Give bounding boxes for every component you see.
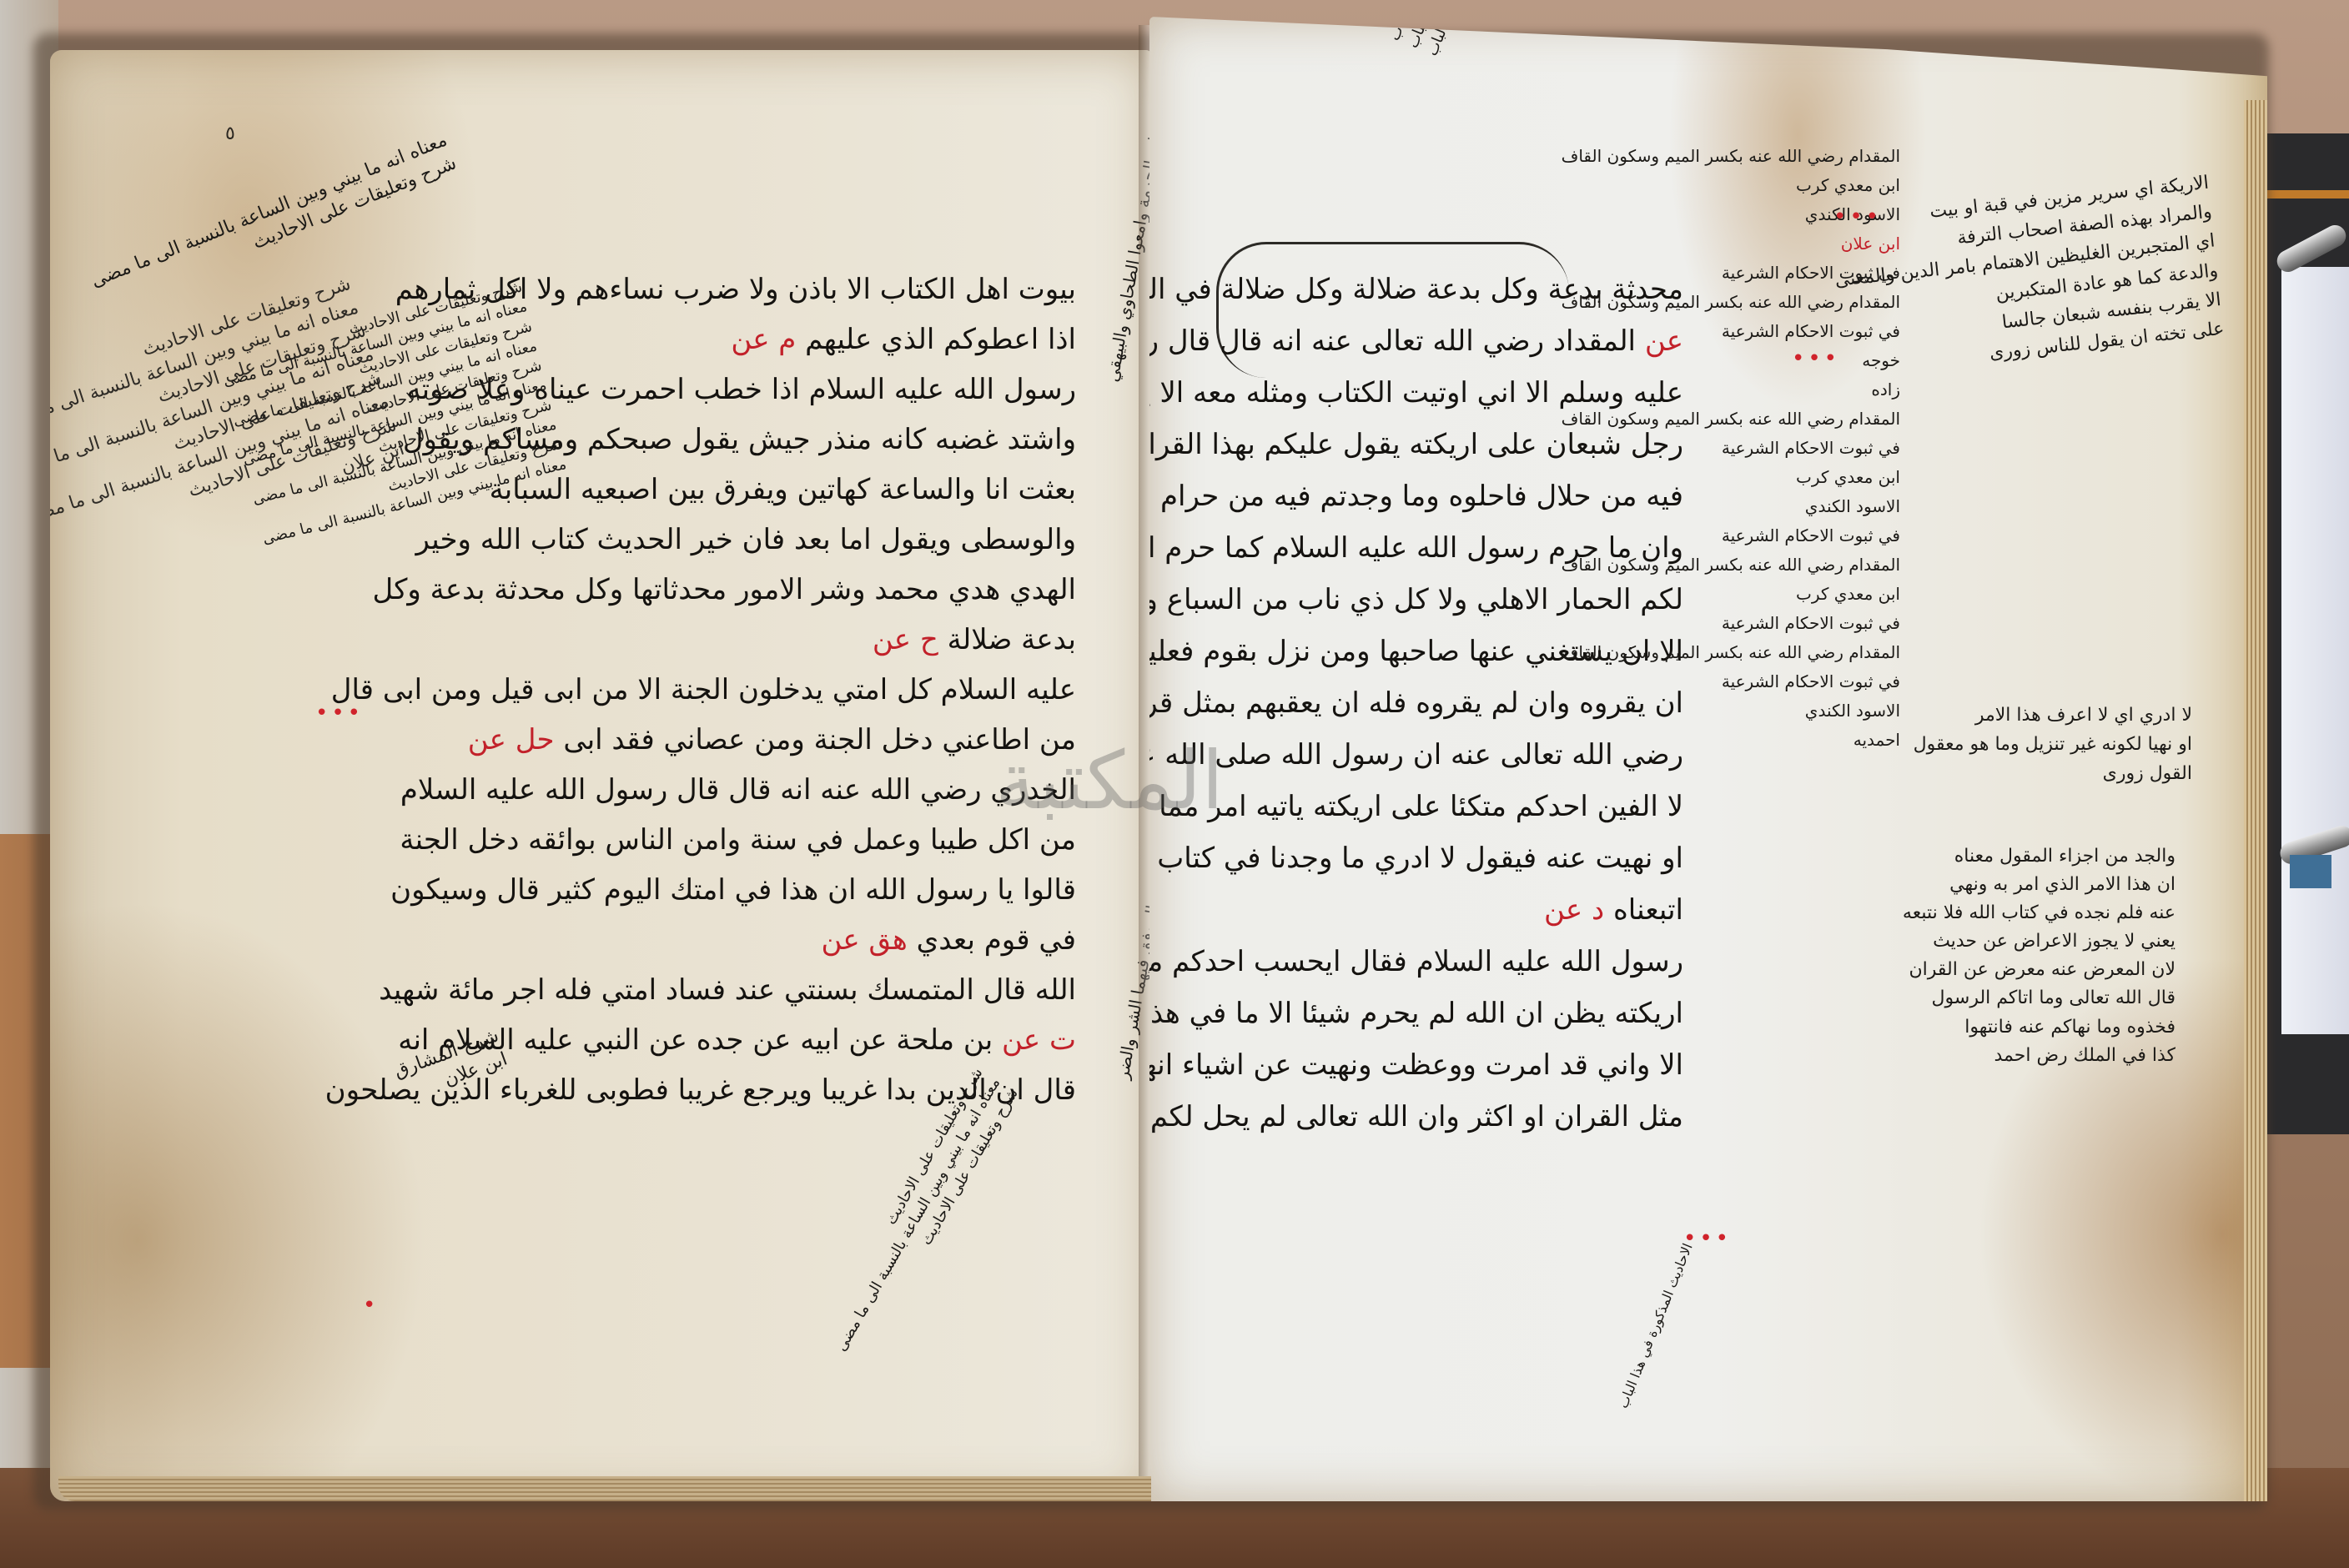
main-text-line: ان يقروه وان لم يقروه فله ان يعقبهم بمثل… — [1216, 689, 1683, 717]
red-dots-marker: ••• — [315, 701, 364, 726]
main-text-line: مثل القران او اكثر وان الله تعالى لم يحل… — [1216, 1103, 1683, 1131]
folio-mark: ٥ — [225, 123, 235, 144]
page-edges-bottom — [58, 1476, 1151, 1501]
main-text-line: بيوت اهل الكتاب الا باذن ولا ضرب نساءهم … — [634, 275, 1076, 304]
main-text-line: رسول الله عليه السلام فقال ايحسب احدكم م… — [1216, 947, 1683, 976]
rubric-marker: هق عن — [822, 923, 908, 957]
library-watermark: المكتبة — [901, 734, 1318, 842]
main-text-line: بعثت انا والساعة كهاتين ويفرق بين اصبعيه… — [634, 475, 1076, 504]
main-text-line: قالوا يا رسول الله ان هذا في امتك اليوم … — [634, 876, 1076, 904]
main-text-line: فيه من حلال فاحلوه وما وجدتم فيه من حرام… — [1216, 482, 1683, 510]
binder-label-stripe — [2256, 190, 2349, 199]
page-edges-right — [2244, 100, 2267, 1501]
main-text-line: الا واني قد امرت ووعظت ونهيت عن اشياء ان… — [1216, 1051, 1683, 1079]
binder-paper-stack — [2281, 267, 2349, 1034]
binder-tab — [2290, 855, 2331, 888]
main-text-line: او نهيت عنه فيقول لا ادري ما وجدنا في كت… — [1216, 844, 1683, 872]
main-text-line: عليه وسلم الا اني اوتيت الكتاب ومثله معه… — [1216, 379, 1683, 407]
main-text-line: في قوم بعدي هق عن — [634, 926, 1076, 954]
rubric-marker: ت عن — [1002, 1023, 1076, 1057]
main-text-block-right: محدثة بدعة وكل بدعة ضلالة وكل ضلالة في ا… — [1216, 275, 1683, 1131]
main-text-line: الله قال المتمسك بسنتي عند فساد امتي فله… — [634, 976, 1076, 1004]
main-text-line: الهدي هدي محمد وشر الامور محدثاتها وكل م… — [634, 575, 1076, 604]
main-text-line: بدعة ضلالة ح عن — [634, 626, 1076, 654]
main-text-line: اتبعناه د عن — [1216, 896, 1683, 924]
red-dots-marker: ••• — [1792, 346, 1840, 371]
main-text-line: رجل شبعان على اريكته يقول عليكم بهذا الق… — [1216, 430, 1683, 459]
main-text-line: اريكته يظن ان الله لم يحرم شيئا الا ما ف… — [1216, 999, 1683, 1028]
rubric-marker: عن — [1645, 324, 1683, 358]
outer-margin-note-bottom: والجد من اجزاء المقول معناه ان هذا الامر… — [1900, 842, 2175, 1070]
main-text-line: عليه السلام كل امتي يدخلون الجنة الا من … — [634, 676, 1076, 704]
rubric-marker: د عن — [1544, 893, 1604, 927]
margin-gloss-left-column: معناه انه ما بيني وبين الساعة بالنسبة ال… — [240, 128, 460, 254]
red-dots-marker: • — [363, 1293, 379, 1318]
main-text-line: والوسطى ويقول اما بعد فان خير الحديث كتا… — [634, 525, 1076, 554]
rubric-marker: م عن — [731, 323, 796, 356]
main-text-line: واشتد غضبه كانه منذر جيش يقول صبحكم ومسا… — [634, 425, 1076, 454]
main-text-line: اذا اعطوكم الذي عليهم م عن — [634, 325, 1076, 354]
main-text-line: عن المقداد رضي الله تعالى عنه انه قال قا… — [1216, 327, 1683, 355]
margin-gloss-bottom-tail: الاحاديث المذكورة في هذا الباب — [1587, 1241, 1697, 1480]
main-text-line: لكم الحمار الاهلي ولا كل ذي ناب من السبا… — [1216, 585, 1683, 614]
main-text-line: رسول الله عليه السلام اذا خطب احمرت عينا… — [634, 375, 1076, 404]
outer-margin-note-middle: لا ادري اي لا اعرف هذا الامر او نهيا لكو… — [1925, 701, 2192, 789]
rubric-marker: ح عن — [873, 623, 938, 656]
red-dots-marker: ••• — [1833, 204, 1882, 229]
outer-margin-note-top: الاريكة اي سرير مزين في قبة او بيت والمر… — [1909, 168, 2226, 375]
inner-commentary-column: المقدام رضي الله عنه بكسر الميم وسكون ال… — [1700, 142, 1900, 755]
